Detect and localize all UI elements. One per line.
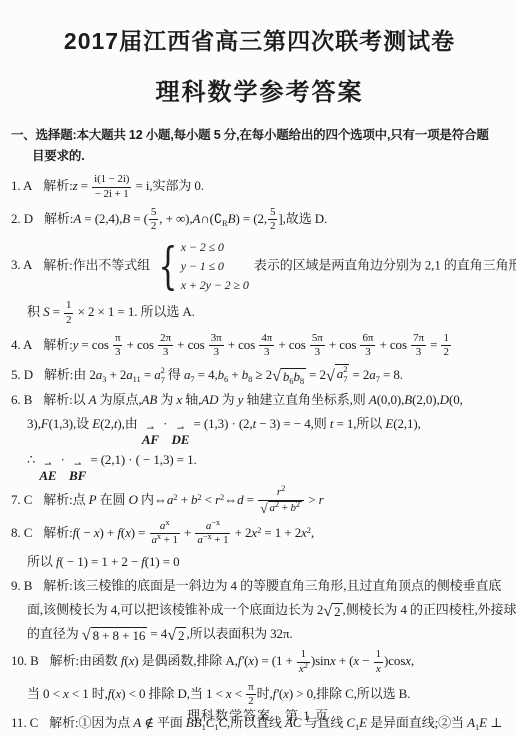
- text-run: =: [244, 492, 258, 507]
- text-run: 3: [163, 346, 168, 358]
- text-run: = (2,1) · ( − 1,3) = 1.: [87, 452, 197, 467]
- text-run: 解析:以: [43, 392, 88, 407]
- superscript: 2: [281, 483, 285, 493]
- answer-label: 5. D: [11, 367, 33, 382]
- text-run: 2: [66, 314, 71, 326]
- answer-line-q8b: 所以 f( − 1) = 1 + 2 − f(1) = 0: [11, 552, 508, 572]
- text-run: 3: [416, 346, 421, 358]
- denominator: √a2 + b2: [258, 501, 304, 516]
- superscript: −x: [211, 517, 220, 527]
- numerator: 2π: [158, 332, 173, 347]
- text-run: ) +: [100, 525, 118, 540]
- denominator: 3: [259, 346, 274, 360]
- text-run: −: [359, 653, 373, 668]
- text-run: 面,该侧棱长为 4,可以把该棱锥补成一个底面边长为 2: [27, 602, 323, 617]
- answer-line-q6b: 3),F(1,3),设 E(2,t),由 ⇀AF · ⇀DE = (1,3) ·…: [11, 414, 508, 446]
- text-run: ) < 0 排除 D,当 1 <: [121, 686, 226, 701]
- superscript: 2: [257, 525, 261, 535]
- answer-line-q6c: ∴ ⇀AE · ⇀BF = (2,1) · ( − 1,3) = 1.: [11, 450, 508, 482]
- radicand: a27: [335, 364, 350, 385]
- answer-label: 10. B: [11, 653, 39, 668]
- text-run: 7π: [413, 332, 424, 344]
- text-run: 轴建立直角坐标系,则: [243, 392, 369, 407]
- math-run: A: [73, 211, 81, 226]
- stack-subscript: 7: [343, 375, 347, 385]
- numerator: 1: [374, 648, 383, 663]
- text-run: + 1: [212, 534, 229, 546]
- text-run: 解析:作出不等式组: [43, 257, 150, 272]
- math-run: B: [122, 211, 130, 226]
- text-run: ∩(∁: [200, 211, 222, 226]
- answer-line-q9a: 9. B解析:该三棱锥的底面是一斜边为 4 的等腰直角三角形,且过直角顶点的侧棱…: [11, 576, 508, 596]
- math-run: AB: [142, 392, 158, 407]
- text-run: 5: [151, 206, 156, 218]
- math-run: r: [319, 492, 324, 507]
- math-run: A: [89, 392, 97, 407]
- text-run: ) > 0,排除 C,所以选 B.: [289, 686, 411, 701]
- text-run: 5π: [312, 332, 323, 344]
- exam-title: 2017届江西省高三第四次联考测试卷: [11, 26, 508, 56]
- text-run: +: [228, 367, 242, 382]
- vector-name: BF: [69, 469, 86, 482]
- text-run: < 1 时,: [69, 686, 108, 701]
- case-line: y − 1 ≤ 0: [181, 257, 249, 276]
- sqrt: √2: [167, 627, 186, 644]
- answer-label: 8. C: [11, 525, 32, 540]
- vector: ⇀DE: [172, 426, 190, 446]
- text-run: =: [49, 304, 63, 319]
- math-run: a: [369, 367, 375, 382]
- answer-line-q7: 7. C解析:点 P 在圆 O 内⇔a2 + b2 < r2⇔d = r2√a2…: [11, 486, 508, 516]
- text-run: 3: [264, 346, 269, 358]
- sqrt: √a27: [326, 364, 349, 385]
- text-run: 2: [443, 346, 448, 358]
- fraction: a−xa−x + 1: [195, 520, 230, 549]
- denominator: 3: [411, 346, 426, 360]
- subscript: R: [222, 218, 228, 228]
- text-run: ) 是偶函数,排除 A,: [134, 653, 238, 668]
- numerator: i(1 − 2i): [92, 173, 131, 188]
- text-run: − 2i + 1: [95, 188, 129, 200]
- intro-line-1: 一、选择题:本大题共 12 小题,每小题 5 分,在每小题给出的四个选项中,只有…: [11, 125, 508, 146]
- text-run: + cos: [326, 337, 360, 352]
- text-run: + cos: [123, 337, 157, 352]
- fraction: 52: [149, 206, 158, 235]
- text-run: ) = (2,: [235, 211, 267, 226]
- answer-label: 6. B: [11, 392, 32, 407]
- denominator: 3: [360, 346, 375, 360]
- radical-icon: √: [260, 502, 267, 515]
- math-run: O: [129, 492, 138, 507]
- text-run: ·: [160, 416, 171, 431]
- text-run: ( −: [76, 525, 94, 540]
- text-run: π: [115, 332, 120, 344]
- sqrt: √a2 + b2: [260, 501, 302, 515]
- fraction: 1x: [374, 648, 383, 677]
- superscript: x: [157, 531, 161, 541]
- fraction: axax + 1: [150, 520, 180, 549]
- radicand: 2: [332, 603, 342, 620]
- text-run: 4π: [261, 332, 272, 344]
- text-run: 5: [270, 206, 275, 218]
- text-run: )sin: [311, 653, 330, 668]
- numerator: 7π: [411, 332, 426, 347]
- answer-line-q2: 2. D解析:A = (2,4),B = (52, + ∞),A∩(∁RB) =…: [11, 206, 508, 235]
- numerator: π: [113, 332, 122, 347]
- text-run: = 4: [147, 626, 167, 641]
- superscript: 2: [304, 660, 308, 670]
- text-run: 2π: [160, 332, 171, 344]
- text-run: 3: [213, 346, 218, 358]
- text-run: ≥ 2: [252, 367, 272, 382]
- answer-line-q8a: 8. C解析:f( − x) + f(x) = axax + 1 + a−xa−…: [11, 520, 508, 549]
- subscript: 8: [300, 376, 304, 386]
- denominator: x: [374, 663, 383, 677]
- superscript: 2: [220, 492, 224, 502]
- math-run: x: [299, 663, 304, 675]
- math-run: b: [293, 369, 299, 384]
- text-run: 2: [151, 220, 156, 232]
- superscript: 2: [173, 492, 177, 502]
- text-run: 表示的区域是两直角边分别为 2,1 的直角三角形,面: [251, 257, 516, 272]
- denominator: ax + 1: [150, 534, 180, 548]
- numerator: 6π: [360, 332, 375, 347]
- text-run: 解析:由 2: [44, 367, 96, 382]
- text-run: 解析:由函数: [50, 653, 121, 668]
- answers: 1. A解析:z = i(1 − 2i)− 2i + 1 = i,实部为 0.2…: [11, 173, 508, 734]
- text-run: ) =: [131, 525, 149, 540]
- sqrt: √b6b8: [272, 368, 306, 385]
- fraction: 52: [268, 206, 277, 235]
- text-run: ) = (1 +: [254, 653, 296, 668]
- radical-icon: √: [323, 604, 332, 619]
- subscript: 6: [224, 374, 228, 384]
- numerator: 5π: [310, 332, 325, 347]
- math-run: A: [369, 392, 377, 407]
- text-run: 2: [270, 220, 275, 232]
- fraction: 5π3: [310, 332, 325, 361]
- answer-label: 1. A: [11, 178, 32, 193]
- text-run: 积: [27, 304, 43, 319]
- answer-line-q9c: 的直径为 √8 + 8 + 16 = 4√2,所以表面积为 32π.: [11, 624, 508, 644]
- math-run: x: [376, 663, 381, 675]
- sup-sub-stack: 27: [343, 365, 347, 385]
- subscript: 7: [376, 374, 380, 384]
- answer-label: 9. B: [11, 578, 32, 593]
- cases-lines: x − 2 ≤ 0y − 1 ≤ 0x + 2y − 2 ≥ 0: [181, 238, 249, 295]
- fraction: 1x2: [297, 648, 310, 677]
- answer-line-q6a: 6. B解析:以 A 为原点,AB 为 x 轴,AD 为 y 轴建立直角坐标系,…: [11, 390, 508, 410]
- case-line: x − 2 ≤ 0: [181, 238, 249, 257]
- text-run: 得: [165, 367, 184, 382]
- text-run: 解析:: [43, 178, 72, 193]
- answer-line-q1: 1. A解析:z = i(1 − 2i)− 2i + 1 = i,实部为 0.: [11, 173, 508, 202]
- text-run: = cos: [78, 337, 112, 352]
- denominator: a−x + 1: [195, 534, 230, 548]
- text-run: − 3) = − 4,则: [256, 416, 330, 431]
- superscript: 2: [296, 499, 300, 509]
- radical-icon: √: [272, 369, 281, 384]
- text-run: ·: [57, 452, 68, 467]
- text-run: i(1 − 2i): [94, 173, 129, 185]
- text-run: = 1,所以: [333, 416, 385, 431]
- text-run: 1: [301, 648, 306, 660]
- answer-line-q9b: 面,该侧棱长为 4,可以把该棱锥补成一个底面边长为 2√2,侧棱长为 4 的正四…: [11, 600, 508, 620]
- text-run: ,所以表面积为 32π.: [186, 626, 292, 641]
- text-run: + cos: [225, 337, 259, 352]
- denominator: 2: [149, 220, 158, 234]
- superscript: 2: [197, 492, 201, 502]
- text-run: = (2,4),: [81, 211, 122, 226]
- text-run: ( − 1) = 1 + 2 −: [59, 554, 141, 569]
- text-run: + cos: [174, 337, 208, 352]
- fraction: 12: [64, 299, 73, 328]
- text-run: 6π: [362, 332, 373, 344]
- subscript: 11: [133, 374, 141, 384]
- text-run: 3),: [27, 416, 41, 431]
- text-run: 2: [178, 628, 184, 643]
- case-line: x + 2y − 2 ≥ 0: [181, 276, 249, 295]
- text-run: = 8.: [380, 367, 403, 382]
- answer-line-q5: 5. D解析:由 2a3 + 2a11 = a27 得 a7 = 4,b6 + …: [11, 364, 508, 386]
- text-run: ⇔: [224, 492, 237, 507]
- denominator: 3: [310, 346, 325, 360]
- superscript: 2: [275, 499, 279, 509]
- radical-icon: √: [167, 628, 176, 643]
- math-run: D: [440, 392, 449, 407]
- vector-name: AF: [142, 433, 159, 446]
- text-run: × 2 × 1 = 1. 所以选 A.: [74, 304, 194, 319]
- math-run: B: [404, 392, 412, 407]
- numerator: 5: [149, 206, 158, 221]
- vector-name: DE: [172, 433, 190, 446]
- text-run: (1,3),设: [49, 416, 93, 431]
- answer-label: 2. D: [11, 211, 33, 226]
- text-run: = (: [130, 211, 148, 226]
- fraction: π3: [113, 332, 122, 361]
- text-run: 3: [365, 346, 370, 358]
- sqrt: √2: [323, 603, 342, 620]
- vector: ⇀AE: [39, 462, 56, 482]
- text-run: 解析:: [43, 337, 72, 352]
- denominator: 3: [113, 346, 122, 360]
- fraction: 3π3: [209, 332, 224, 361]
- numerator: 1: [441, 332, 450, 347]
- text-run: +: [181, 525, 195, 540]
- vector: ⇀BF: [69, 462, 86, 482]
- math-run: F: [41, 416, 49, 431]
- numerator: π: [246, 681, 255, 696]
- cases-group: {x − 2 ≤ 0y − 1 ≤ 0x + 2y − 2 ≥ 0: [152, 238, 249, 295]
- numerator: a−x: [195, 520, 230, 535]
- radicand: 8 + 8 + 16: [91, 627, 148, 644]
- text-run: + cos: [275, 337, 309, 352]
- vector: ⇀AF: [142, 426, 159, 446]
- fraction: 4π3: [259, 332, 274, 361]
- text-run: 2: [334, 604, 340, 619]
- text-run: ),由: [117, 416, 140, 431]
- numerator: 3π: [209, 332, 224, 347]
- text-run: = 2: [349, 367, 369, 382]
- text-run: (1) = 0: [145, 554, 180, 569]
- text-run: +: [279, 502, 290, 514]
- superscript: 2: [307, 525, 311, 535]
- page: 2017届江西省高三第四次联考测试卷 理科数学参考答案 一、选择题:本大题共 1…: [0, 0, 516, 737]
- text-run: 内⇔: [138, 492, 167, 507]
- sqrt: √8 + 8 + 16: [82, 627, 148, 644]
- text-run: (0,0),: [377, 392, 405, 407]
- math-run: E: [92, 416, 100, 431]
- radicand: b6b8: [281, 368, 306, 385]
- answer-label: 3. A: [11, 257, 32, 272]
- text-run: 8 + 8 + 16: [93, 628, 146, 643]
- text-run: , + ∞),: [159, 211, 192, 226]
- text-run: 解析:: [43, 525, 72, 540]
- text-run: 为: [218, 392, 237, 407]
- answer-label: 4. A: [11, 337, 32, 352]
- text-run: 的直径为: [27, 626, 82, 641]
- text-run: 为: [157, 392, 176, 407]
- text-run: 当 0 <: [27, 686, 63, 701]
- text-run: (2,1),: [393, 416, 421, 431]
- math-run: AD: [201, 392, 218, 407]
- fraction: 2π3: [158, 332, 173, 361]
- answer-label: 7. C: [11, 492, 32, 507]
- text-run: 解析:: [44, 211, 73, 226]
- superscript: x: [165, 517, 169, 527]
- answer-line-q3a: 3. A解析:作出不等式组{x − 2 ≤ 0y − 1 ≤ 0x + 2y −…: [11, 238, 508, 295]
- denominator: − 2i + 1: [92, 188, 131, 202]
- denominator: x2: [297, 663, 310, 677]
- answer-line-q10a: 10. B解析:由函数 f(x) 是偶函数,排除 A,f′(x) = (1 + …: [11, 648, 508, 677]
- fraction: 7π3: [411, 332, 426, 361]
- text-run: 3: [115, 346, 120, 358]
- text-run: + (: [336, 653, 354, 668]
- text-run: )cos: [384, 653, 405, 668]
- answers-title: 理科数学参考答案: [11, 77, 508, 109]
- text-run: = (1,3) · (2,: [190, 416, 252, 431]
- text-run: 在圆: [97, 492, 129, 507]
- left-brace-icon: {: [158, 244, 177, 289]
- intro-paragraph: 一、选择题:本大题共 12 小题,每小题 5 分,在每小题给出的四个选项中,只有…: [11, 125, 508, 167]
- text-run: 1: [66, 299, 71, 311]
- text-run: ,: [411, 653, 414, 668]
- denominator: 3: [158, 346, 173, 360]
- numerator: ax: [150, 520, 180, 535]
- text-run: <: [232, 686, 246, 701]
- text-run: + cos: [376, 337, 410, 352]
- text-run: = 1 + 2: [261, 525, 301, 540]
- text-run: 解析:点: [43, 492, 88, 507]
- text-run: 解析:该三棱锥的底面是一斜边为 4 的等腰直角三角形,且过直角顶点的侧棱垂直底: [43, 578, 501, 593]
- denominator: 2: [64, 314, 73, 328]
- text-run: =: [427, 337, 441, 352]
- fraction: 12: [441, 332, 450, 361]
- answer-line-q3b: 积 S = 12 × 2 × 1 = 1. 所以选 A.: [11, 299, 508, 328]
- radical-icon: √: [326, 369, 335, 384]
- subscript: 7: [190, 374, 194, 384]
- text-run: + 2: [231, 525, 251, 540]
- denominator: 2: [441, 346, 450, 360]
- math-run: a: [126, 367, 132, 382]
- text-run: >: [305, 492, 319, 507]
- fraction: 6π3: [360, 332, 375, 361]
- text-run: ,: [311, 525, 314, 540]
- radical-icon: √: [82, 628, 91, 643]
- subscript: 3: [102, 374, 106, 384]
- text-run: (0,: [449, 392, 463, 407]
- text-run: + 2: [106, 367, 126, 382]
- math-run: P: [89, 492, 97, 507]
- text-run: 所以: [27, 554, 56, 569]
- text-run: = 2: [306, 367, 326, 382]
- text-run: ,侧棱长为 4 的正四棱柱,外接球: [343, 602, 516, 617]
- text-run: 时,: [257, 686, 273, 701]
- fraction: r2√a2 + b2: [258, 486, 304, 516]
- subscript: 8: [248, 374, 252, 384]
- text-run: 3: [315, 346, 320, 358]
- text-run: 为原点,: [97, 392, 142, 407]
- denominator: 3: [209, 346, 224, 360]
- text-run: + 1: [161, 534, 178, 546]
- text-run: ],故选 D.: [278, 211, 327, 226]
- text-run: =: [78, 178, 92, 193]
- numerator: 1: [64, 299, 73, 314]
- subscript: 6: [289, 376, 293, 386]
- text-run: π: [248, 681, 253, 693]
- numerator: 5: [268, 206, 277, 221]
- text-run: <: [202, 492, 216, 507]
- text-run: 轴,: [182, 392, 201, 407]
- text-run: = 4,: [195, 367, 218, 382]
- text-run: 1: [443, 332, 448, 344]
- text-run: =: [141, 367, 155, 382]
- radicand: 2: [176, 627, 186, 644]
- radicand: a2 + b2: [268, 501, 303, 515]
- text-run: +: [177, 492, 191, 507]
- text-run: = i,实部为 0.: [132, 178, 204, 193]
- text-run: ∴: [27, 452, 38, 467]
- answer-line-q4: 4. A解析:y = cos π3 + cos 2π3 + cos 3π3 + …: [11, 332, 508, 361]
- fraction: i(1 − 2i)− 2i + 1: [92, 173, 131, 202]
- numerator: 4π: [259, 332, 274, 347]
- text-run: (2,0),: [412, 392, 440, 407]
- text-run: (2,: [100, 416, 114, 431]
- vector-name: AE: [39, 469, 56, 482]
- text-run: 1: [376, 648, 381, 660]
- superscript: −x: [203, 531, 212, 541]
- page-footer: 理科数学答案 第 1 页: [0, 705, 516, 724]
- denominator: 2: [268, 220, 277, 234]
- math-run: x: [301, 525, 307, 540]
- intro-line-2: 目要求的.: [11, 146, 508, 167]
- text-run: 3π: [211, 332, 222, 344]
